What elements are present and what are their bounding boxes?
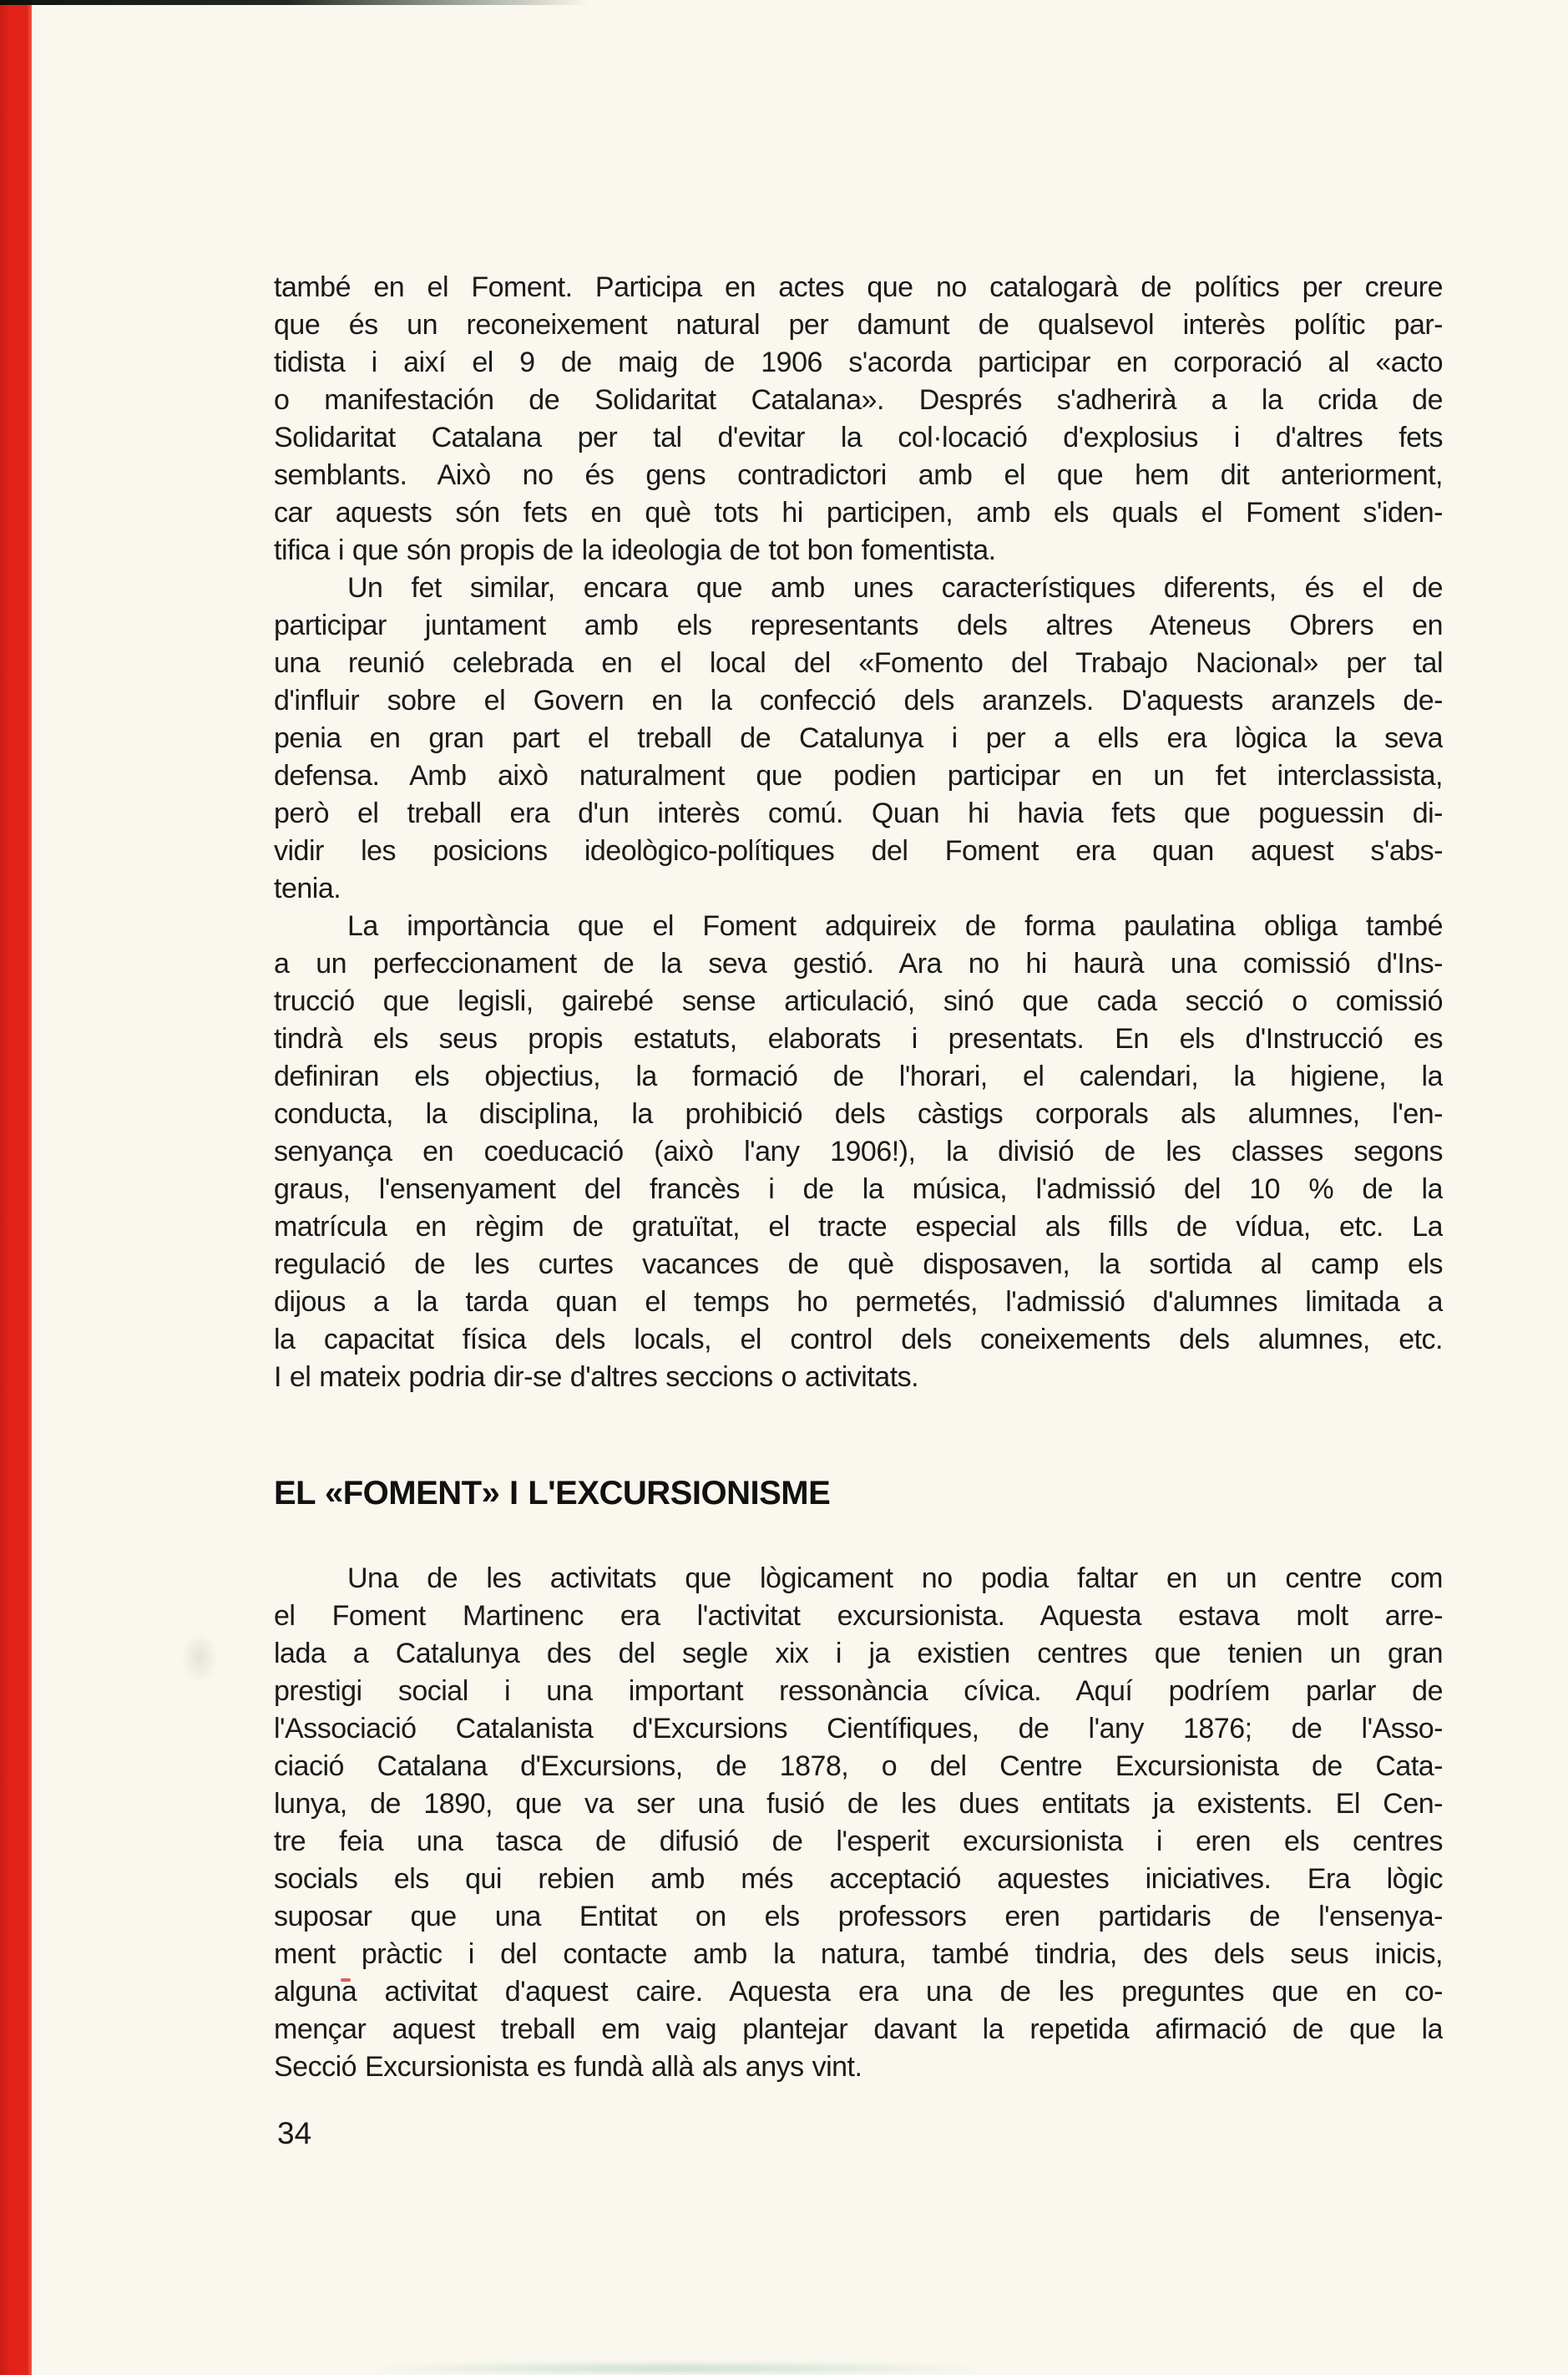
paragraph: Un fet similar, encara que amb unes cara… [274,570,1443,908]
text-line: La importància que el Foment adquireix d… [274,908,1443,945]
text-line: ciació Catalana d'Excursions, de 1878, o… [274,1748,1443,1785]
text-line: el Foment Martinenc era l'activitat excu… [274,1598,1443,1635]
text-line: trucció que legisli, gairebé sense artic… [274,983,1443,1020]
page-number: 34 [277,2114,311,2152]
book-edge-red-stripe [0,0,32,2375]
text-line: una reunió celebrada en el local del «Fo… [274,645,1443,682]
text-line: a un perfeccionament de la seva gestió. … [274,945,1443,983]
text-line: car aquests són fets en què tots hi part… [274,494,1443,532]
text-line: defensa. Amb això naturalment que podien… [274,757,1443,795]
text-line: definiran els objectius, la formació de … [274,1058,1443,1096]
red-ink-speck [341,1978,351,1982]
text-line: tre feia una tasca de difusió de l'esper… [274,1823,1443,1861]
text-line: Una de les activitats que lògicament no … [274,1560,1443,1598]
section-heading: EL «FOMENT» I L'EXCURSIONISME [274,1473,1443,1513]
text-line: matrícula en règim de gratuïtat, el trac… [274,1208,1443,1246]
text-line: Un fet similar, encara que amb unes cara… [274,570,1443,607]
text-line: ment pràctic i del contacte amb la natur… [274,1936,1443,1973]
text-line: Secció Excursionista es fundà allà als a… [274,2048,1443,2086]
text-line: també en el Foment. Participa en actes q… [274,269,1443,306]
text-line: lunya, de 1890, que va ser una fusió de … [274,1785,1443,1823]
text-line: regulació de les curtes vacances de què … [274,1246,1443,1284]
text-block: també en el Foment. Participa en actes q… [274,269,1443,2086]
paragraph: també en el Foment. Participa en actes q… [274,269,1443,570]
text-line: conducta, la disciplina, la prohibició d… [274,1096,1443,1133]
text-line: penia en gran part el treball de Catalun… [274,720,1443,757]
text-line: semblants. Això no és gens contradictori… [274,457,1443,494]
text-line: la capacitat física dels locals, el cont… [274,1321,1443,1359]
text-line: senyança en coeducació (això l'any 1906!… [274,1133,1443,1171]
text-line: alguna activitat d'aquest caire. Aquesta… [274,1973,1443,2011]
paragraph: Una de les activitats que lògicament no … [274,1560,1443,2086]
paragraph: La importància que el Foment adquireix d… [274,908,1443,1396]
text-line: Solidaritat Catalana per tal d'evitar la… [274,419,1443,457]
page-scan: també en el Foment. Participa en actes q… [0,0,1568,2375]
text-line: participar juntament amb els representan… [274,607,1443,645]
text-line: tenia. [274,870,1443,908]
text-line: prestigi social i una important ressonàn… [274,1673,1443,1710]
paper-smudge [182,1633,217,1683]
text-line: l'Associació Catalanista d'Excursions Ci… [274,1710,1443,1748]
text-line: dijous a la tarda quan el temps ho perme… [274,1284,1443,1321]
text-line: o manifestación de Solidaritat Catalana»… [274,382,1443,419]
text-line: tindrà els seus propis estatuts, elabora… [274,1020,1443,1058]
text-line: suposar que una Entitat on els professor… [274,1898,1443,1936]
text-line: que és un reconeixement natural per damu… [274,306,1443,344]
text-line: d'influir sobre el Govern en la confecci… [274,682,1443,720]
scan-bottom-smudge [380,2362,973,2375]
text-line: lada a Catalunya des del segle xix i ja … [274,1635,1443,1673]
text-line: tifica i que són propis de la ideologia … [274,532,1443,570]
text-line: socials els qui rebien amb més acceptaci… [274,1861,1443,1898]
text-line: vidir les posicions ideològico-polítique… [274,833,1443,870]
text-line: mençar aquest treball em vaig plantejar … [274,2011,1443,2048]
text-line: I el mateix podria dir-se d'altres secci… [274,1359,1443,1396]
text-line: però el treball era d'un interès comú. Q… [274,795,1443,833]
text-line: tidista i així el 9 de maig de 1906 s'ac… [274,344,1443,382]
scan-top-edge-shadow [0,0,718,5]
text-line: graus, l'ensenyament del francès i de la… [274,1171,1443,1208]
